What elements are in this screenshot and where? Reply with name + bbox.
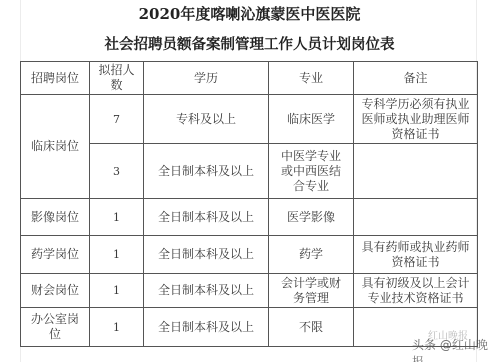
cell-major: 不限 [269,308,354,347]
cell-count: 1 [90,236,144,274]
table-row: 办公室岗位 1 全日制本科及以上 不限 [21,308,478,347]
header-count: 拟招人数 [90,62,144,95]
cell-note-text: 具有初级及以上会计专业技术资格证书 [360,276,472,306]
cell-position: 财会岗位 [21,274,90,308]
cell-position: 办公室岗位 [21,308,90,347]
cell-education: 全日制本科及以上 [144,274,269,308]
cell-major: 会计学或财务管理 [269,274,354,308]
cell-education: 专科及以上 [144,95,269,144]
cell-count: 3 [90,144,144,199]
table-row: 临床岗位 7 专科及以上 临床医学 专科学历必须有执业医师或执业助理医师资格证书 [21,95,478,144]
cell-position: 临床岗位 [21,95,90,199]
watermark: 头条 @红山晚报 [412,336,499,362]
cell-note [354,199,478,236]
cell-note: 专科学历必须有执业医师或执业助理医师资格证书 [354,95,478,144]
cell-major: 药学 [269,236,354,274]
table-row: 财会岗位 1 全日制本科及以上 会计学或财务管理 具有初级及以上会计专业技术资格… [21,274,478,308]
table-row: 影像岗位 1 全日制本科及以上 医学影像 [21,199,478,236]
cell-major: 中医学专业或中西医结合专业 [269,144,354,199]
cell-count: 7 [90,95,144,144]
cell-education: 全日制本科及以上 [144,236,269,274]
header-major: 专业 [269,62,354,95]
header-note: 备注 [354,62,478,95]
recruitment-plan-table: 招聘岗位 拟招人数 学历 专业 备注 临床岗位 7 专科及以上 临床医学 专科学… [20,61,478,347]
cell-position-text: 办公室岗位 [30,312,80,342]
header-position: 招聘岗位 [21,62,90,95]
table-row: 药学岗位 1 全日制本科及以上 药学 具有药师或执业药师资格证书 [21,236,478,274]
cell-education: 全日制本科及以上 [144,199,269,236]
cell-count: 1 [90,199,144,236]
cell-major: 医学影像 [269,199,354,236]
cell-note: 具有药师或执业药师资格证书 [354,236,478,274]
header-count-label: 拟招人数 [98,63,136,93]
cell-count: 1 [90,274,144,308]
table-row: 3 全日制本科及以上 中医学专业或中西医结合专业 [21,144,478,199]
cell-note [354,144,478,199]
header-education: 学历 [144,62,269,95]
cell-major: 临床医学 [269,95,354,144]
cell-note: 具有初级及以上会计专业技术资格证书 [354,274,478,308]
document-title-line1: 2020年度喀喇沁旗蒙医中医医院 [0,3,499,24]
cell-note-text: 专科学历必须有执业医师或执业助理医师资格证书 [360,97,472,142]
cell-education: 全日制本科及以上 [144,308,269,347]
cell-major-text: 中医学专业或中西医结合专业 [279,149,343,194]
cell-position: 影像岗位 [21,199,90,236]
table-header-row: 招聘岗位 拟招人数 学历 专业 备注 [21,62,478,95]
cell-count: 1 [90,308,144,347]
cell-education: 全日制本科及以上 [144,144,269,199]
document-title-line2: 社会招聘员额备案制管理工作人员计划岗位表 [0,33,499,54]
cell-note-text: 具有药师或执业药师资格证书 [360,240,472,270]
cell-major-text: 会计学或财务管理 [279,276,343,306]
cell-position: 药学岗位 [21,236,90,274]
